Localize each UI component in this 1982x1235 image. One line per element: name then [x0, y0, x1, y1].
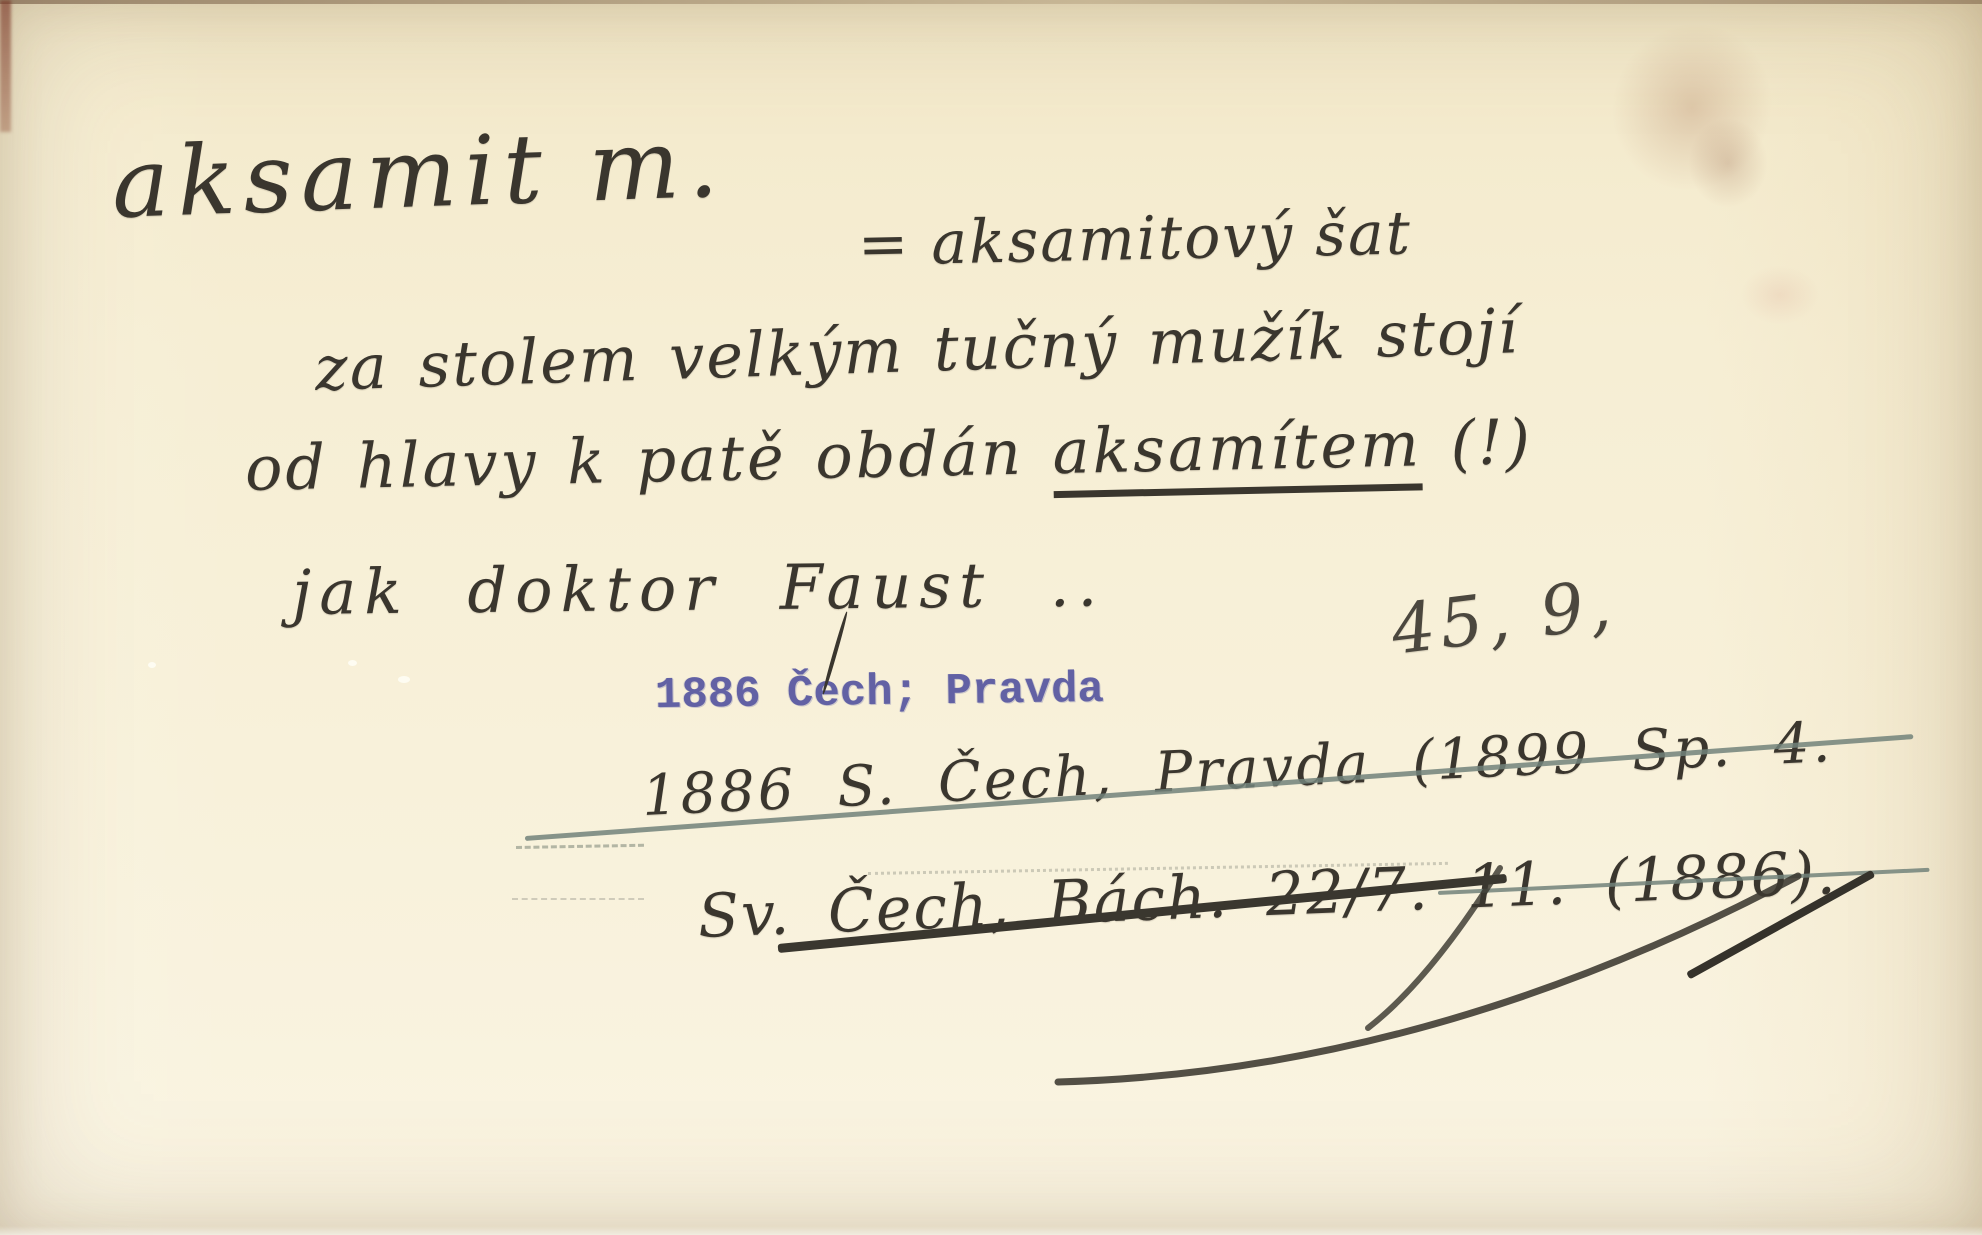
- paper-corner-stain: [0, 0, 11, 132]
- paper-speck: [148, 662, 156, 668]
- headword: aksamit m.: [110, 107, 728, 240]
- paper-speck: [348, 660, 357, 666]
- quote-line-2: od hlavy k patě obdán aksamítem (!): [244, 405, 1533, 505]
- paper-top-edge-shadow: [0, 0, 1982, 4]
- paper-smudge: [1740, 265, 1820, 325]
- paper-speck: [398, 676, 410, 683]
- date-source-stamp: 1886 Čech; Pravda: [655, 665, 1105, 721]
- excerpt-card: aksamit m. = aksamitový šat za stolem ve…: [0, 0, 1982, 1235]
- page-reference-annotation: 45, 9,: [1387, 565, 1620, 671]
- faint-dash-mark: [516, 844, 644, 849]
- exclamation-note: (!): [1421, 405, 1534, 480]
- gloss-line: = aksamitový šat: [857, 198, 1412, 280]
- paper-bottom-edge: [0, 1226, 1982, 1235]
- crossed-citation-1: 1886 S. Čech, Pravda (1899 Sp. 4.: [641, 710, 1835, 829]
- paper-smudge: [1688, 118, 1768, 208]
- quote-line-3: jak doktor Faust ..: [292, 547, 1106, 629]
- quote-line-1: za stolem velkým tučný mužík stojí: [314, 294, 1521, 405]
- underlined-word: aksamítem: [1052, 407, 1423, 498]
- faint-dash-mark: [512, 898, 644, 900]
- quote-line-2-prefix: od hlavy k patě obdán: [244, 415, 1053, 505]
